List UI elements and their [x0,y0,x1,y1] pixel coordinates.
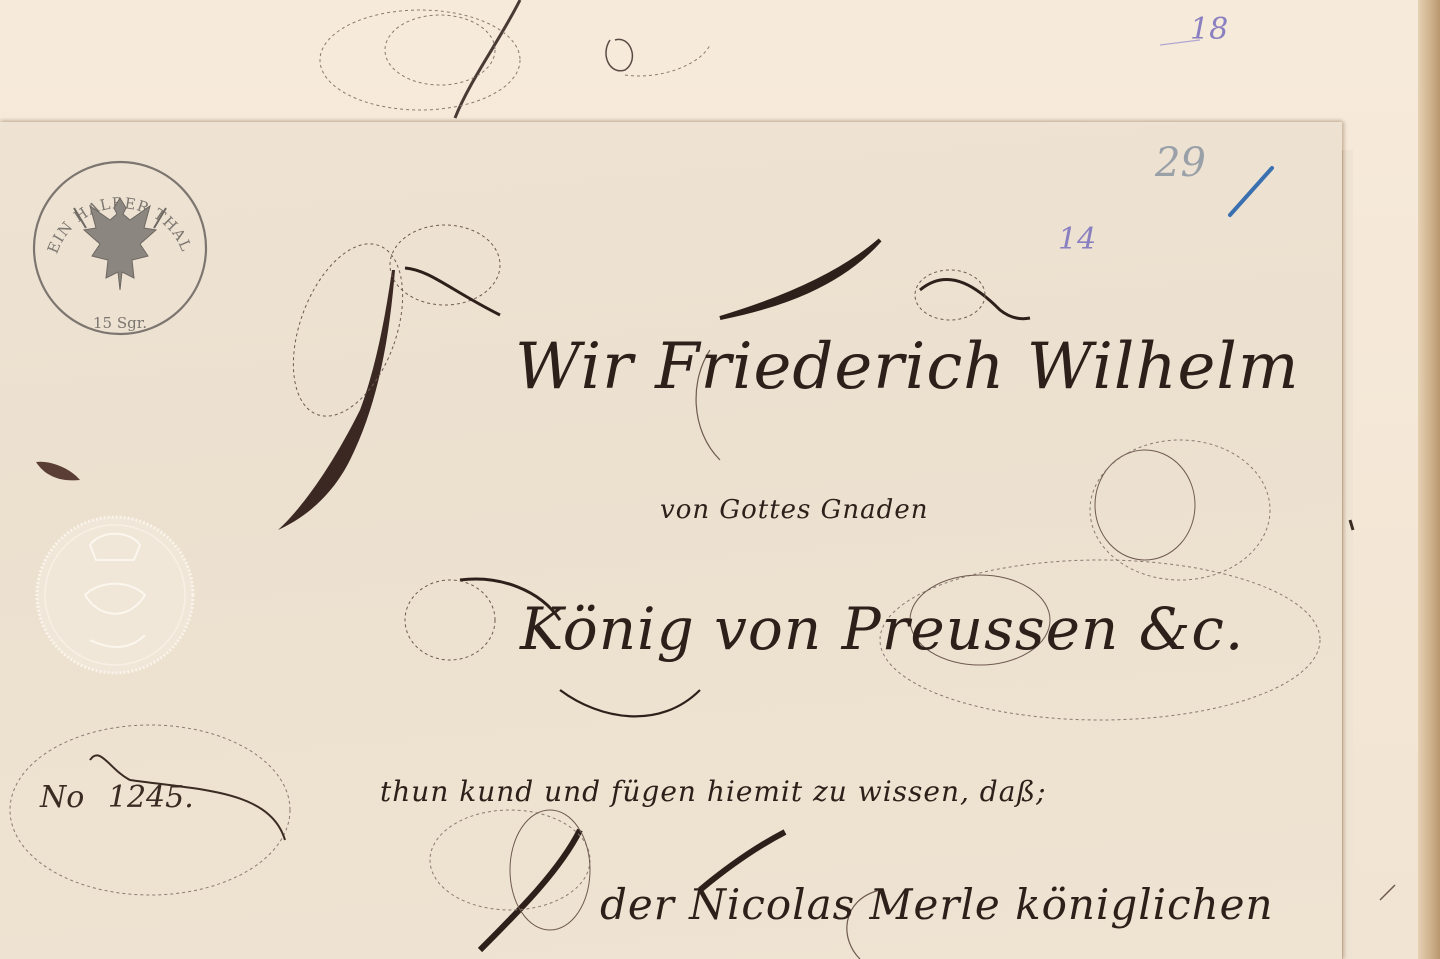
body-line-2: der Nicolas Merle königlichen [600,880,1274,929]
pencil-folio-number-text: 29 [1155,140,1206,186]
svg-text:15 Sgr.: 15 Sgr. [93,314,147,332]
heading-line-3: König von Preussen &c. [520,595,1244,663]
heading-line-2: von Gottes Gnaden [660,495,928,525]
embossed-seal [30,500,200,690]
back-folio-number: 18 [1190,12,1228,47]
violet-folio-number-text: 14 [1058,222,1096,257]
reference-value: 1245. [108,780,194,815]
body-line-1: thun kund und fügen hiemit zu wissen, da… [380,775,1047,808]
binding-edge [1418,0,1440,959]
under-sheet-edge [1342,150,1353,959]
back-folio-number-text: 18 [1190,12,1228,47]
revenue-stamp: EIN HALBER THALER 15 Sgr. [26,148,214,348]
reference-number: No 1245. [40,780,194,815]
pencil-folio-number: 29 [1155,140,1206,186]
reference-label: No [40,780,84,815]
heading-line-1: Wir Friederich Wilhelm [515,330,1300,404]
violet-folio-number: 14 [1058,222,1096,257]
